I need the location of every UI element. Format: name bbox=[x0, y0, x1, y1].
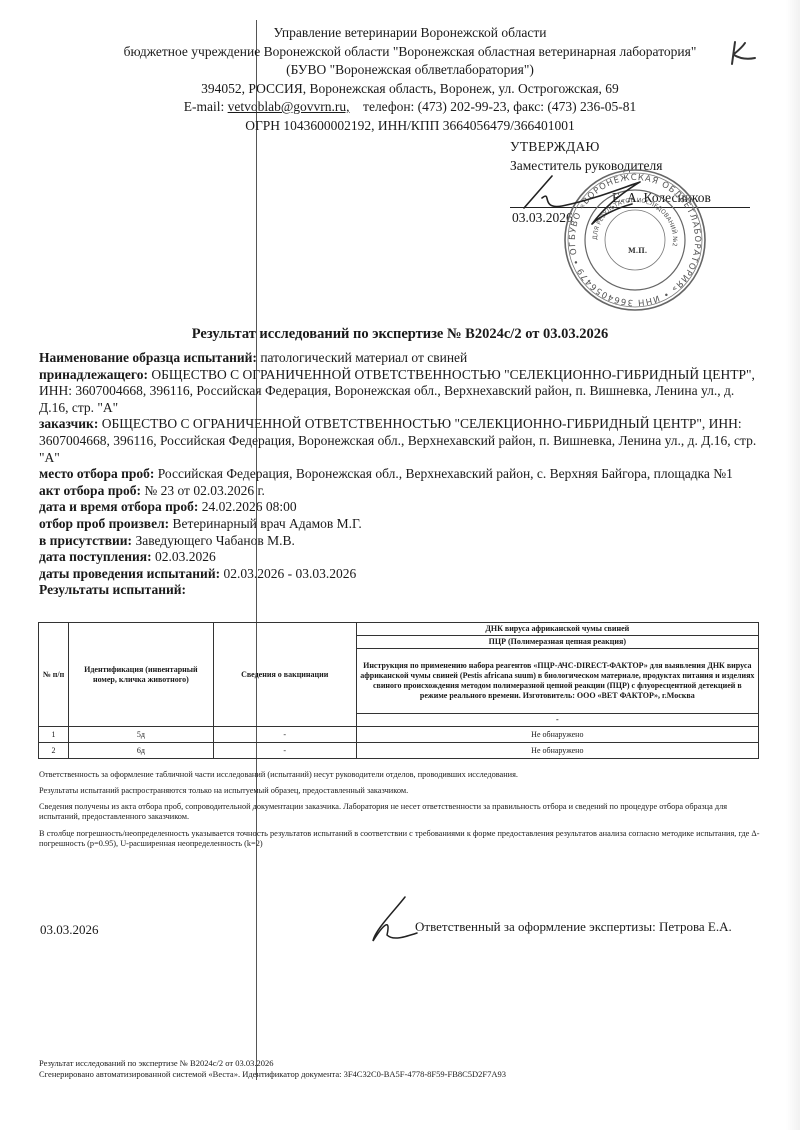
document-title: Результат исследований по экспертизе № B… bbox=[0, 326, 800, 343]
field-sample-name: Наименование образца испытаний: патологи… bbox=[39, 350, 759, 367]
letterhead-contacts: E-mail: vetvoblab@govvrn.ru, телефон: (4… bbox=[60, 98, 760, 117]
header-indicator: ДНК вируса африканской чумы свиней bbox=[356, 623, 758, 636]
letterhead: Управление ветеринарии Воронежской облас… bbox=[60, 24, 760, 135]
footer-date: 03.03.2026 bbox=[40, 922, 99, 938]
header-instruction: Инструкция по применению набора реагенто… bbox=[356, 649, 758, 714]
generated-title: Результат исследований по экспертизе № B… bbox=[39, 1058, 506, 1069]
field-sampled-by: отбор проб произвел: Ветеринарный врач А… bbox=[39, 516, 759, 533]
email-label: E-mail: bbox=[184, 99, 225, 114]
row-id: 5д bbox=[68, 727, 213, 743]
header-method: ПЦР (Полимеразная цепная реакция) bbox=[356, 636, 758, 649]
note-responsibility: Ответственность за оформление табличной … bbox=[39, 770, 764, 780]
header-identification: Идентификация (инвентарный номер, кличка… bbox=[68, 623, 213, 727]
field-owner: принадлежащего: ОБЩЕСТВО С ОГРАНИЧЕННОЙ … bbox=[39, 367, 759, 417]
approval-title: УТВЕРЖДАЮ bbox=[510, 137, 662, 156]
table-row: 1 5д - Не обнаружено bbox=[39, 727, 759, 743]
field-customer: заказчик: ОБЩЕСТВО С ОГРАНИЧЕННОЙ ОТВЕТС… bbox=[39, 416, 759, 466]
header-vaccination: Сведения о вакцинации bbox=[213, 623, 356, 727]
letterhead-line-1: Управление ветеринарии Воронежской облас… bbox=[60, 24, 760, 43]
field-test-dates: даты проведения испытаний: 02.03.2026 - … bbox=[39, 566, 759, 583]
generated-document-id: Сгенерировано автоматизированной системо… bbox=[39, 1069, 506, 1080]
scan-edge-shade bbox=[786, 0, 800, 1130]
svg-text:М.П.: М.П. bbox=[628, 246, 647, 255]
header-num: № п/п bbox=[39, 623, 69, 727]
row-num: 2 bbox=[39, 743, 69, 759]
letterhead-address: 394052, РОССИЯ, Воронежская область, Вор… bbox=[60, 80, 760, 99]
handwritten-mark-icon bbox=[727, 38, 763, 68]
responsible-person: Ответственный за оформление экспертизы: … bbox=[415, 919, 732, 935]
row-vaccination: - bbox=[213, 727, 356, 743]
document-page: Управление ветеринарии Воронежской облас… bbox=[0, 0, 800, 1130]
generation-info: Результат исследований по экспертизе № B… bbox=[39, 1058, 506, 1080]
note-scope: Результаты испытаний распространяются то… bbox=[39, 786, 764, 796]
phone-fax: телефон: (473) 202-99-23, факс: (473) 23… bbox=[363, 99, 636, 114]
row-id: 6д bbox=[68, 743, 213, 759]
row-result: Не обнаружено bbox=[356, 727, 758, 743]
row-result: Не обнаружено bbox=[356, 743, 758, 759]
letterhead-registration: ОГРН 1043600002192, ИНН/КПП 3664056479/3… bbox=[60, 117, 760, 136]
notes-section: Ответственность за оформление табличной … bbox=[39, 770, 764, 855]
table-row: 2 6д - Не обнаружено bbox=[39, 743, 759, 759]
results-table: № п/п Идентификация (инвентарный номер, … bbox=[38, 622, 759, 759]
field-receipt-date: дата поступления: 02.03.2026 bbox=[39, 549, 759, 566]
field-sampling-act: акт отбора проб: № 23 от 02.03.2026 г. bbox=[39, 483, 759, 500]
header-norm: - bbox=[356, 714, 758, 727]
field-sampling-datetime: дата и время отбора проб: 24.02.2026 08:… bbox=[39, 499, 759, 516]
sample-details: Наименование образца испытаний: патологи… bbox=[39, 350, 759, 599]
note-source: Сведения получены из акта отбора проб, с… bbox=[39, 802, 764, 822]
scan-artifact-line bbox=[256, 20, 257, 1080]
row-vaccination: - bbox=[213, 743, 356, 759]
note-uncertainty: В столбце погрешность/неопределенность у… bbox=[39, 829, 764, 849]
row-num: 1 bbox=[39, 727, 69, 743]
email-link[interactable]: vetvoblab@govvrn.ru, bbox=[228, 99, 350, 114]
approver-signature-icon bbox=[522, 168, 652, 228]
field-results-heading: Результаты испытаний: bbox=[39, 582, 759, 599]
field-sampling-place: место отбора проб: Российская Федерация,… bbox=[39, 466, 759, 483]
letterhead-line-2: бюджетное учреждение Воронежской области… bbox=[60, 43, 760, 62]
letterhead-line-3: (БУВО "Воронежская облветлаборатория") bbox=[60, 61, 760, 80]
field-in-presence: в присутствии: Заведующего Чабанов М.В. bbox=[39, 533, 759, 550]
